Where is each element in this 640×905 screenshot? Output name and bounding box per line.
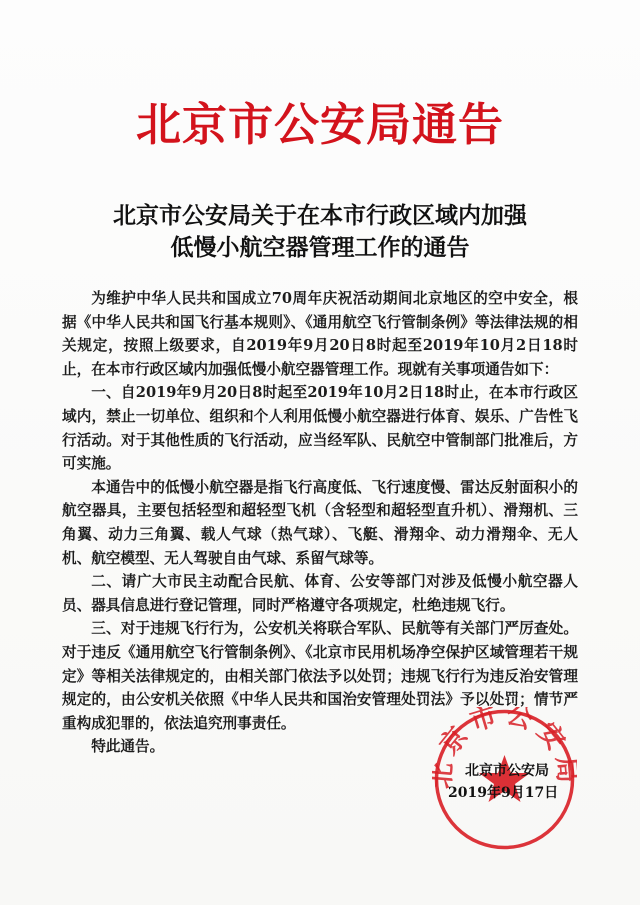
- subtitle-line: 北京市公安局关于在本市行政区域内加强: [0, 200, 640, 232]
- notice-body: 为维护中华人民共和国成立70周年庆祝活动期间北京地区的空中安全，根据《中华人民共…: [62, 287, 578, 759]
- signature-org: 北京市公安局: [447, 760, 567, 780]
- page-title: 北京市公安局通告: [0, 97, 640, 153]
- signature-date: 2019年9月17日: [448, 782, 578, 802]
- subtitle-line: 低慢小航空器管理工作的通告: [0, 232, 640, 264]
- paragraph-intro: 为维护中华人民共和国成立70周年庆祝活动期间北京地区的空中安全，根据《中华人民共…: [62, 287, 578, 381]
- notice-subtitle: 北京市公安局关于在本市行政区域内加强 低慢小航空器管理工作的通告: [0, 200, 640, 264]
- paragraph-definition: 本通告中的低慢小航空器是指飞行高度低、飞行速度慢、雷达反射面积小的航空器具，主要…: [62, 476, 578, 570]
- paragraph-item-2: 二、请广大市民主动配合民航、体育、公安等部门对涉及低慢小航空器人员、器具信息进行…: [62, 570, 578, 617]
- document-page: 北京市公安局通告 北京市公安局关于在本市行政区域内加强 低慢小航空器管理工作的通…: [0, 0, 640, 905]
- paragraph-item-1: 一、自2019年9月20日8时起至2019年10月2日18时止，在本市行政区域内…: [62, 381, 578, 475]
